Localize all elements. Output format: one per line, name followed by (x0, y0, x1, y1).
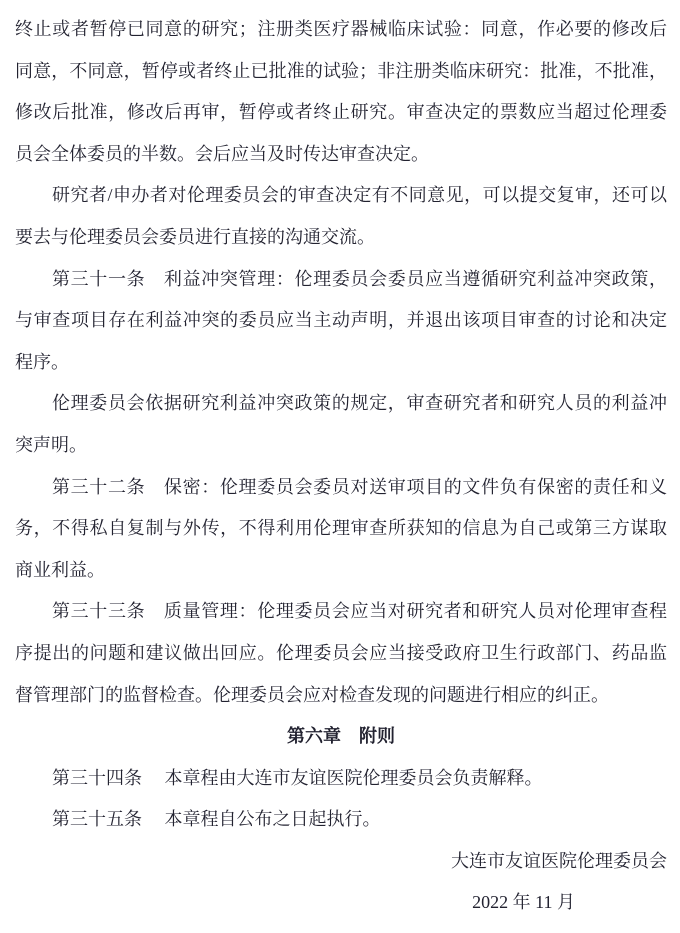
body-line-3: 修改后批准，修改后再审，暂停或者终止研究。审查决定的票数应当超过伦理委 (15, 92, 667, 134)
body-line-6: 要去与伦理委员会委员进行直接的沟通交流。 (15, 217, 667, 259)
article-31-line: 第三十一条 利益冲突管理：伦理委员会委员应当遵循研究利益冲突政策， (15, 259, 667, 301)
body-line-5: 研究者/申办者对伦理委员会的审查决定有不同意见，可以提交复审，还可以 (15, 175, 667, 217)
body-line-2: 同意，不同意，暂停或者终止已批准的试验；非注册类临床研究：批准，不批准， (15, 51, 667, 93)
article-34-line: 第三十四条 本章程由大连市友谊医院伦理委员会负责解释。 (15, 758, 667, 800)
body-line-11: 突声明。 (15, 425, 667, 467)
document-page: 终止或者暂停已同意的研究；注册类医疗器械临床试验：同意，作必要的修改后 同意，不… (0, 0, 680, 933)
article-32-line: 第三十二条 保密：伦理委员会委员对送审项目的文件负有保密的责任和义 (15, 467, 667, 509)
chapter-heading: 第六章 附则 (15, 716, 667, 758)
article-35-line: 第三十五条 本章程自公布之日起执行。 (15, 799, 667, 841)
body-line-14: 商业利益。 (15, 550, 667, 592)
body-line-4: 员会全体委员的半数。会后应当及时传达审查决定。 (15, 134, 667, 176)
body-line-16: 序提出的问题和建议做出回应。伦理委员会应当接受政府卫生行政部门、药品监 (15, 633, 667, 675)
body-line-13: 务，不得私自复制与外传，不得利用伦理审查所获知的信息为自己或第三方谋取 (15, 508, 667, 550)
body-line-10: 伦理委员会依据研究利益冲突政策的规定，审查研究者和研究人员的利益冲 (15, 383, 667, 425)
body-line-8: 与审查项目存在利益冲突的委员应当主动声明，并退出该项目审查的讨论和决定 (15, 300, 667, 342)
article-33-line: 第三十三条 质量管理：伦理委员会应当对研究者和研究人员对伦理审查程 (15, 591, 667, 633)
body-line-17: 督管理部门的监督检查。伦理委员会应对检查发现的问题进行相应的纠正。 (15, 675, 667, 717)
signature-date: 2022 年 11 月 (15, 882, 667, 924)
signature-committee: 大连市友谊医院伦理委员会 (15, 841, 667, 883)
body-line-9: 程序。 (15, 342, 667, 384)
body-line-1: 终止或者暂停已同意的研究；注册类医疗器械临床试验：同意，作必要的修改后 (15, 9, 667, 51)
